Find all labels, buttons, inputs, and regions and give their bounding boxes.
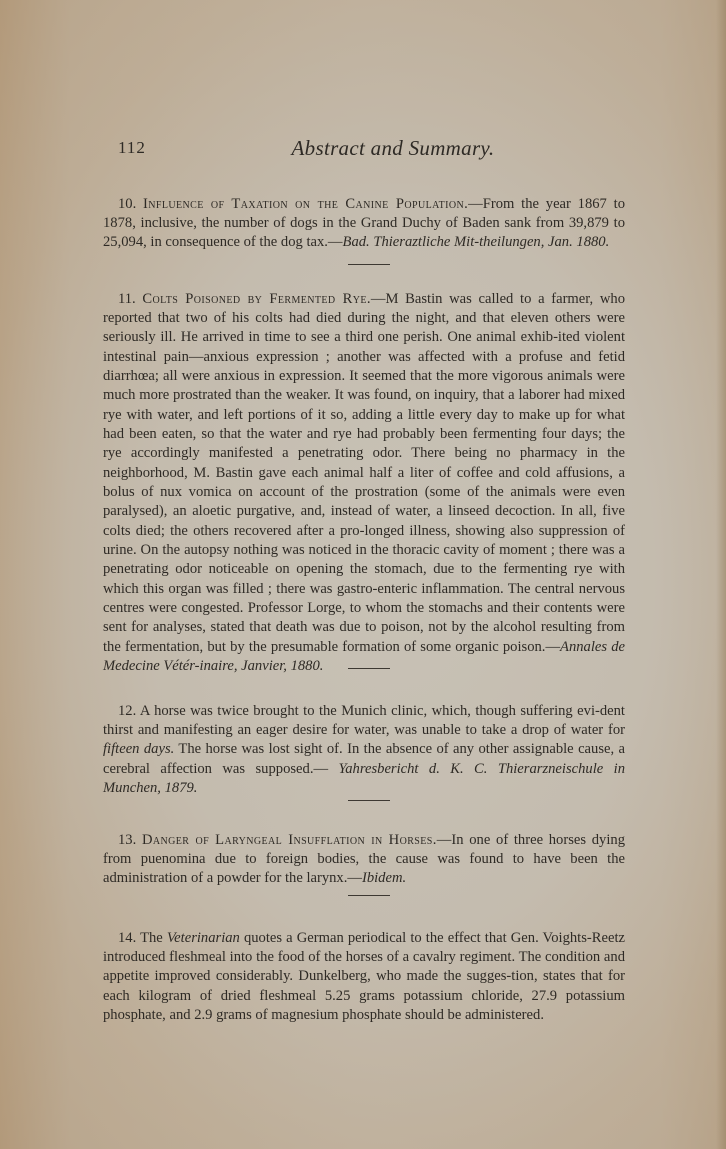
section-citation: Ibidem.	[362, 870, 406, 886]
section-citation: Bad. Thieraztliche Mit-theilungen, Jan. …	[343, 234, 610, 250]
section-divider	[348, 800, 390, 801]
section-divider	[348, 668, 390, 669]
section-13: 13. Danger of Laryngeal Insufflation in …	[103, 831, 625, 889]
section-number: 12.	[118, 703, 136, 719]
section-body: A horse was twice brought to the Munich …	[103, 703, 625, 738]
section-number: 14.	[118, 930, 136, 946]
section-heading: Colts Poisoned by Fermented Rye.	[142, 291, 371, 307]
section-10: 10. Influence of Taxation on the Canine …	[103, 195, 625, 253]
section-heading: Danger of Laryngeal Insufflation in Hors…	[142, 832, 437, 848]
section-divider	[348, 264, 390, 265]
section-divider	[348, 895, 390, 896]
section-14: 14. The Veterinarian quotes a German per…	[103, 929, 625, 1026]
section-11: 11. Colts Poisoned by Fermented Rye.—M B…	[103, 290, 625, 677]
book-page: 112 Abstract and Summary. 10. Influence …	[0, 0, 726, 1149]
section-number: 13.	[118, 832, 136, 848]
running-head: 112 Abstract and Summary.	[118, 136, 628, 160]
section-lead: The	[140, 930, 167, 946]
section-heading: Influence of Taxation on the Canine Popu…	[143, 196, 468, 212]
section-12: 12. A horse was twice brought to the Mun…	[103, 702, 625, 799]
running-title: Abstract and Summary.	[118, 136, 628, 161]
section-number: 11.	[118, 291, 136, 307]
periodical-title: Veterinarian	[167, 930, 240, 946]
section-number: 10.	[118, 196, 136, 212]
section-emphasis: fifteen days.	[103, 741, 174, 757]
section-body: —M Bastin was called to a farmer, who re…	[103, 291, 625, 655]
